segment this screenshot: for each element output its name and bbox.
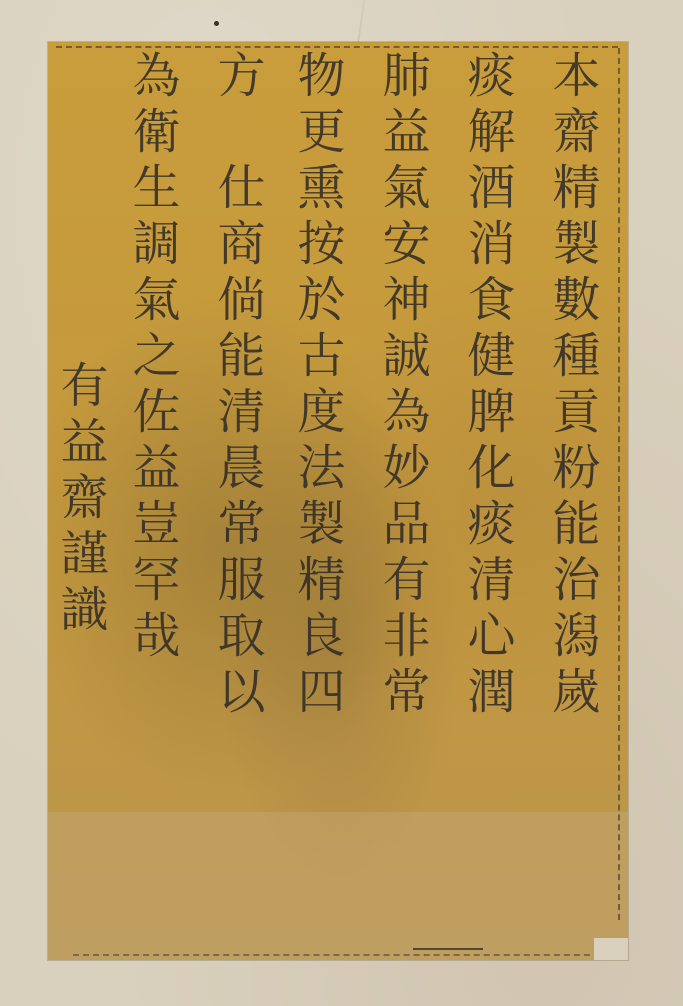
- text-column-4: 物更熏按於古度法製精良四: [293, 50, 341, 722]
- text-column-5: 方 仕商倘能清晨常服取以: [213, 50, 261, 722]
- mount-crease: [357, 0, 365, 45]
- text-column-3: 肺益氣安神誠為妙品有非常: [378, 50, 426, 722]
- text-column-2: 痰解酒消食健脾化痰清心潤: [463, 50, 511, 722]
- text-column-1: 本齋精製數種貢粉能治潟嵗: [548, 50, 596, 722]
- underline-mark: [413, 948, 483, 950]
- torn-corner: [594, 938, 628, 960]
- border-line-right: [616, 48, 620, 920]
- advertisement-label: 本齋精製數種貢粉能治潟嵗 痰解酒消食健脾化痰清心潤 肺益氣安神誠為妙品有非常 物…: [48, 42, 628, 960]
- faded-lower-band: [48, 812, 628, 960]
- text-column-6: 為衛生調氣之佐益豈罕哉: [128, 50, 176, 666]
- mount-ink-dot: [214, 21, 219, 26]
- border-line-bottom: [73, 952, 620, 956]
- signature-column: 有益齋謹識: [56, 360, 104, 640]
